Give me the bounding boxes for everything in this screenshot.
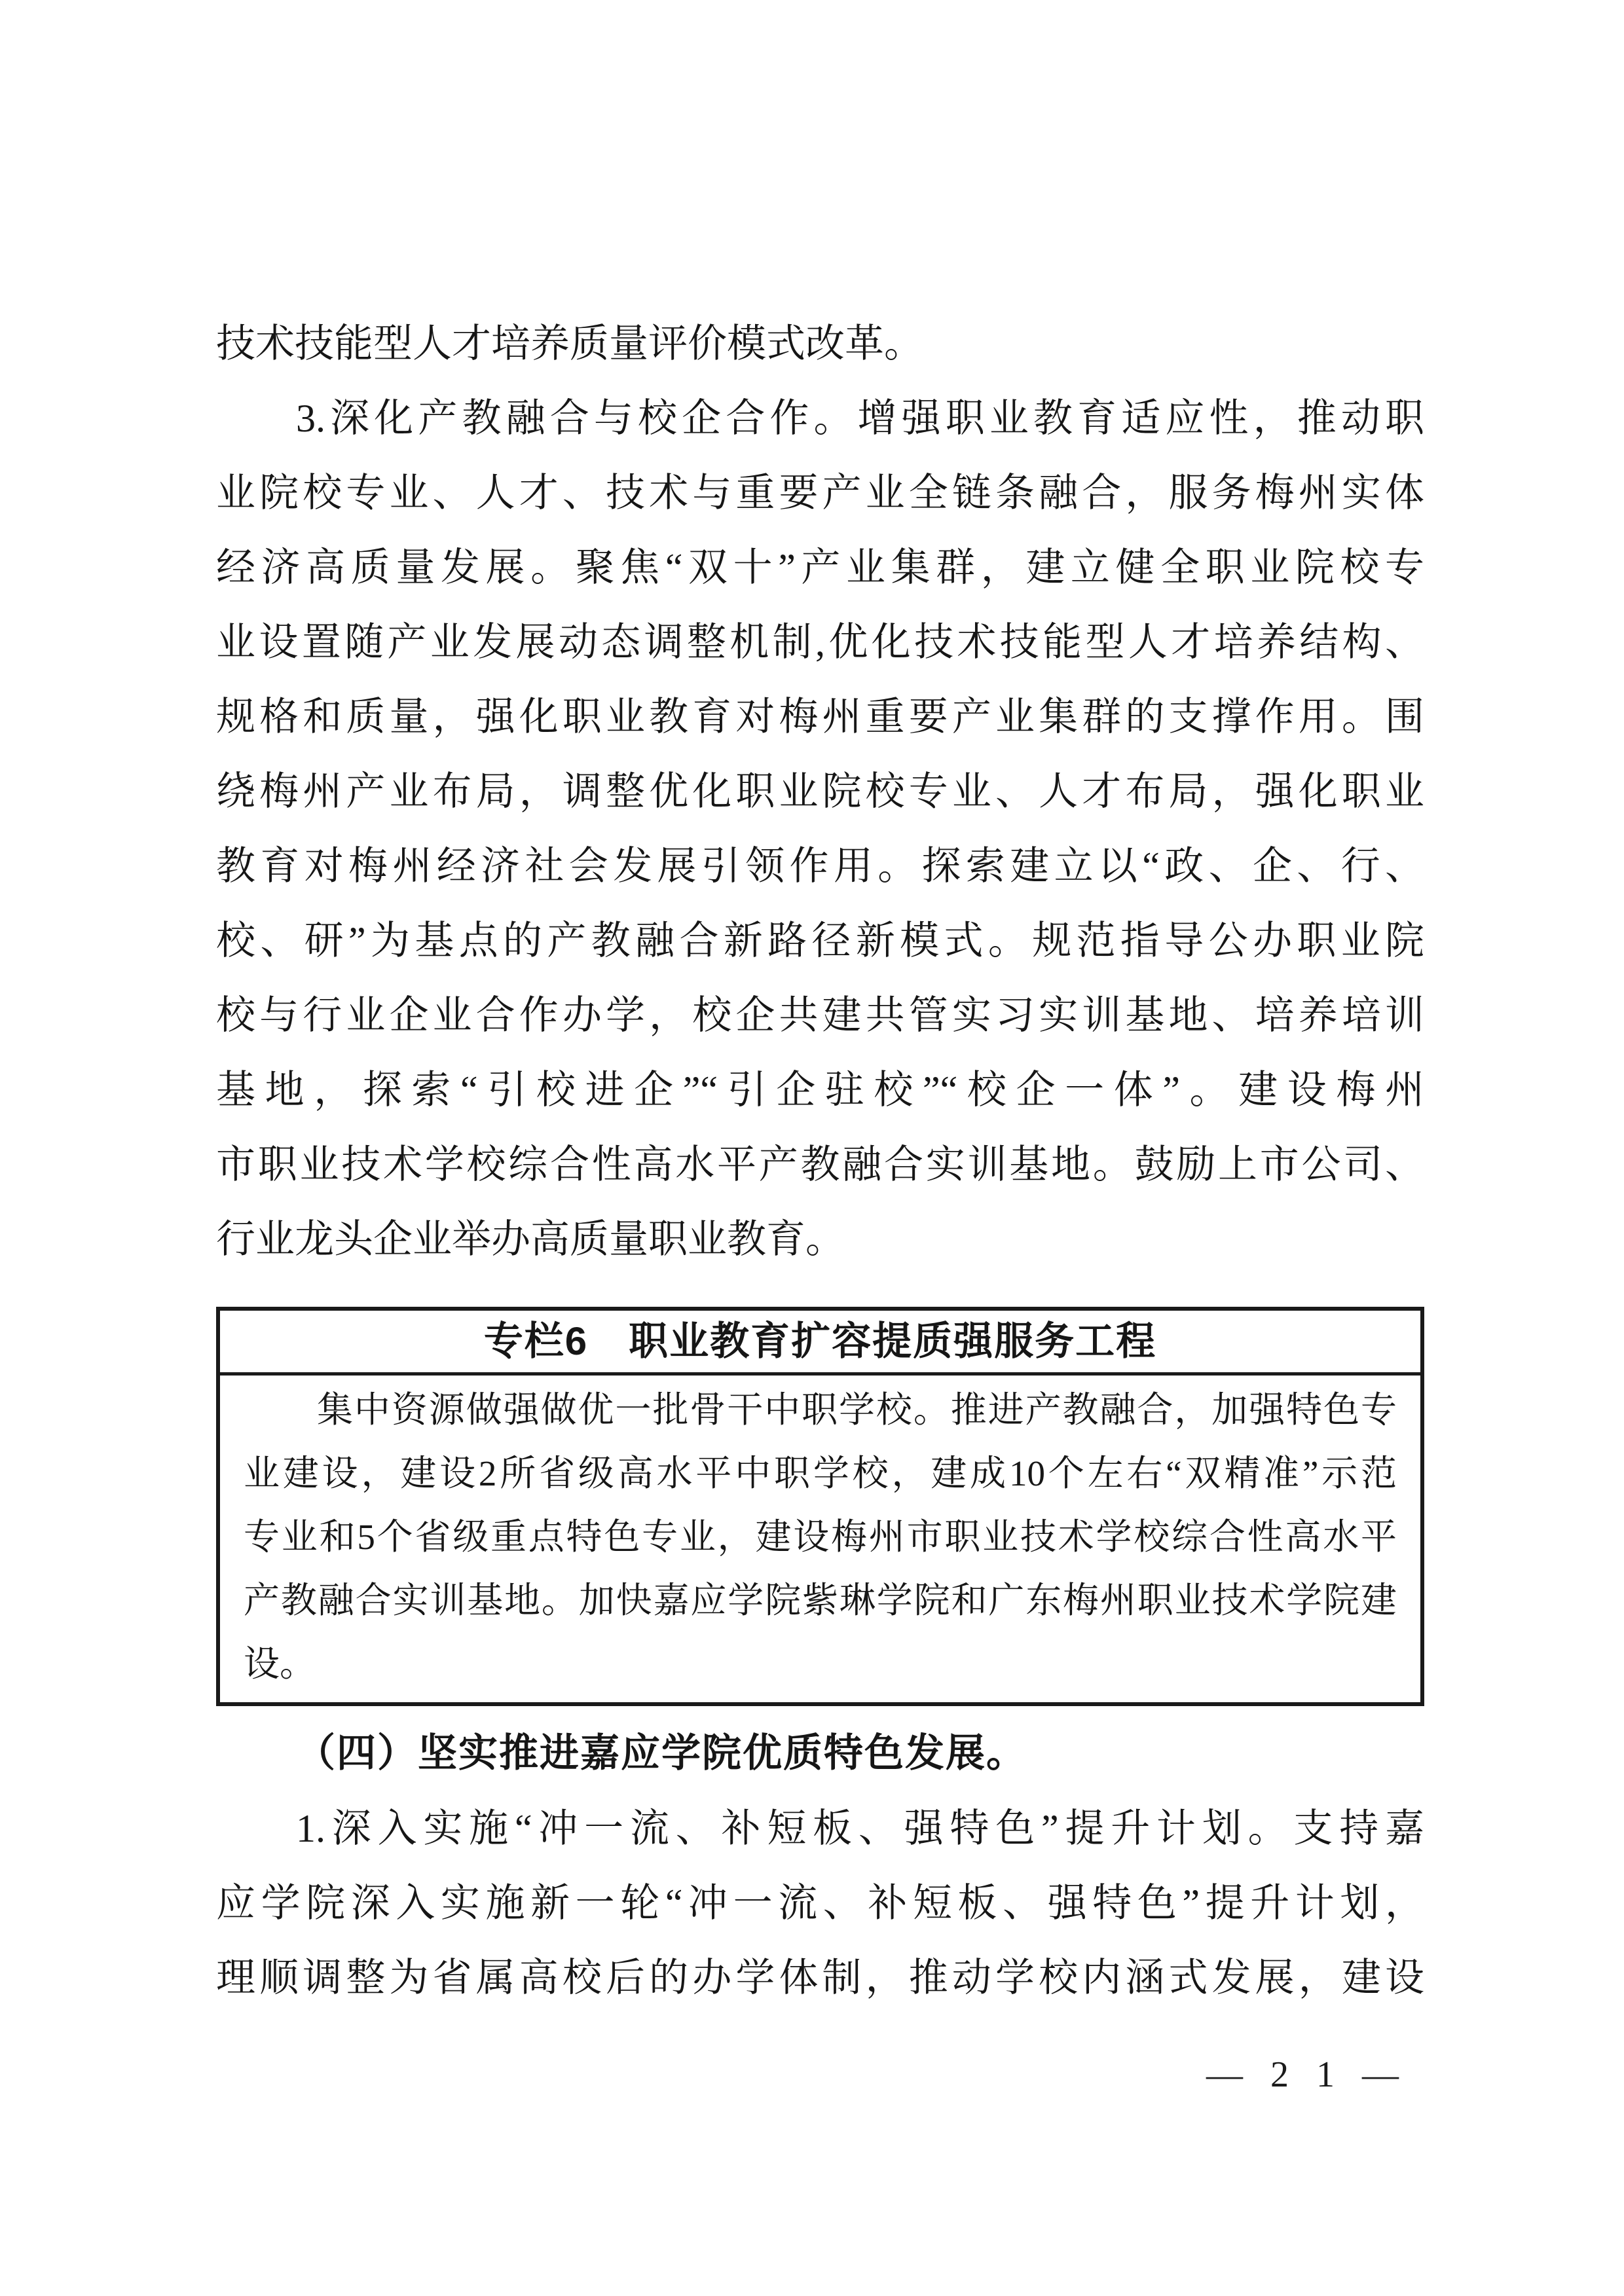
body-line: 绕梅州产业布局，调整优化职业院校专业、人才布局，强化职业 — [216, 754, 1424, 829]
body-line: 校、研”为基点的产教融合新路径新模式。规范指导公办职业院 — [216, 903, 1424, 978]
body-line: 业设置随产业发展动态调整机制,优化技术技能型人才培养结构、 — [216, 605, 1424, 680]
column-box-body: 集中资源做强做优一批骨干中职学校。推进产教融合，加强特色专 业建设，建设2所省级… — [220, 1376, 1420, 1702]
body-line: 校与行业企业合作办学，校企共建共管实习实训基地、培养培训 — [216, 978, 1424, 1053]
document-body: 技术技能型人才培养质量评价模式改革。 3.深化产教融合与校企合作。增强职业教育适… — [216, 306, 1424, 2015]
body-line: 教育对梅州经济社会发展引领作用。探索建立以“政、企、行、 — [216, 829, 1424, 903]
column-box-line: 业建设，建设2所省级高水平中职学校，建成10个左右“双精准”示范 — [244, 1442, 1397, 1505]
section-heading: （四）坚实推进嘉应学院优质特色发展。 — [216, 1715, 1424, 1791]
document-page: 技术技能型人才培养质量评价模式改革。 3.深化产教融合与校企合作。增强职业教育适… — [0, 0, 1624, 2296]
body-line: 经济高质量发展。聚焦“双十”产业集群，建立健全职业院校专 — [216, 530, 1424, 605]
body-line: 3.深化产教融合与校企合作。增强职业教育适应性，推动职 — [216, 381, 1424, 456]
body-line: 规格和质量，强化职业教育对梅州重要产业集群的支撑作用。围 — [216, 680, 1424, 754]
body-line: 市职业技术学校综合性高水平产教融合实训基地。鼓励上市公司、 — [216, 1127, 1424, 1202]
body-line: 1.深入实施“冲一流、补短板、强特色”提升计划。支持嘉 — [216, 1791, 1424, 1866]
column-box-title: 专栏6 职业教育扩容提质强服务工程 — [220, 1311, 1420, 1376]
column-box: 专栏6 职业教育扩容提质强服务工程 集中资源做强做优一批骨干中职学校。推进产教融… — [216, 1307, 1424, 1706]
column-box-line: 专业和5个省级重点特色专业，建设梅州市职业技术学校综合性高水平 — [244, 1505, 1397, 1569]
page-number: — 2 1 — — [1206, 2052, 1408, 2098]
body-line: 应学院深入实施新一轮“冲一流、补短板、强特色”提升计划， — [216, 1866, 1424, 1941]
column-box-line: 设。 — [244, 1632, 1397, 1696]
body-line: 基地，探索“引校进企”“引企驻校”“校企一体”。建设梅州 — [216, 1053, 1424, 1127]
column-box-line: 产教融合实训基地。加快嘉应学院紫琳学院和广东梅州职业技术学院建 — [244, 1569, 1397, 1632]
body-line: 理顺调整为省属高校后的办学体制，推动学校内涵式发展，建设 — [216, 1941, 1424, 2015]
body-line: 技术技能型人才培养质量评价模式改革。 — [216, 306, 1424, 381]
column-box-line: 集中资源做强做优一批骨干中职学校。推进产教融合，加强特色专 — [244, 1378, 1397, 1442]
body-line: 业院校专业、人才、技术与重要产业全链条融合，服务梅州实体 — [216, 456, 1424, 530]
body-line: 行业龙头企业举办高质量职业教育。 — [216, 1202, 1424, 1277]
